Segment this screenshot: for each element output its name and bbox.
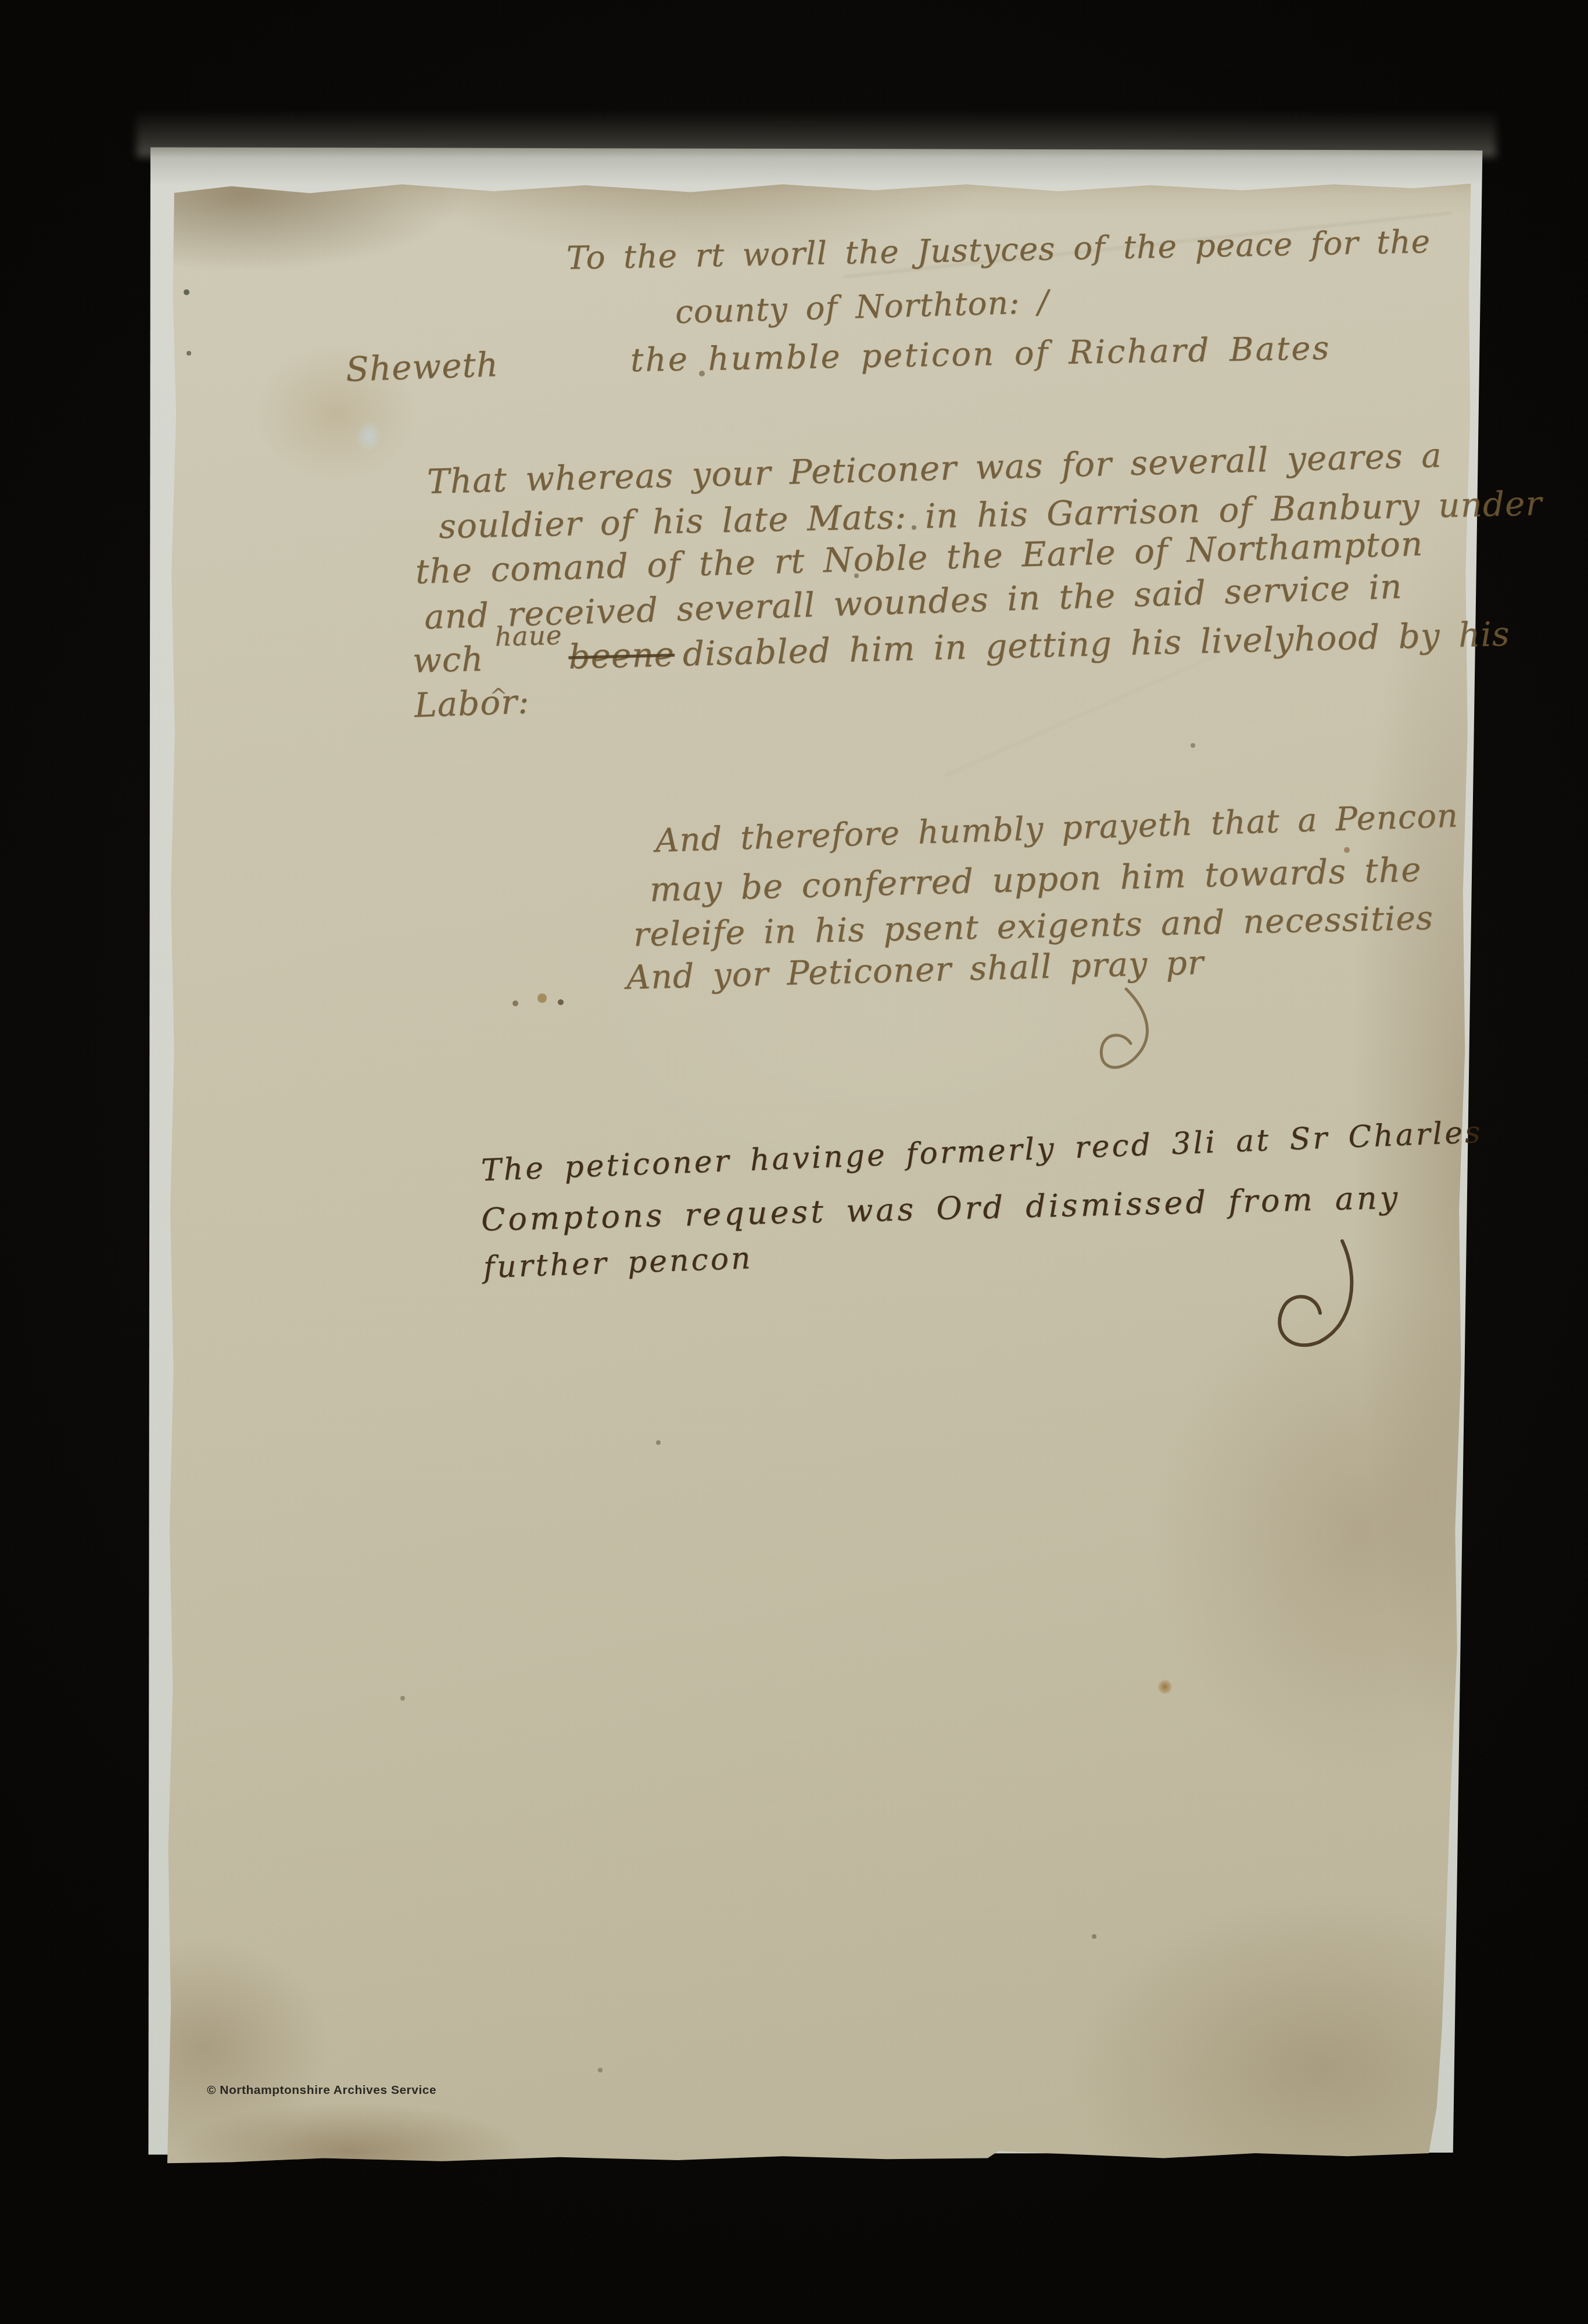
annotation-flourish	[1267, 1238, 1365, 1360]
sheweth-word: Sheweth	[345, 345, 499, 389]
archival-photo: To the rt worll the Justyces of the peac…	[0, 0, 1588, 2324]
body-line-6: Labor:	[414, 682, 530, 725]
paper-speckles	[0, 0, 3, 3]
pen-flourish	[1092, 988, 1174, 1081]
body-line-5-word: wch	[412, 639, 484, 680]
archive-watermark: © Northamptonshire Archives Service	[207, 2083, 436, 2097]
struck-out-word: beene	[568, 634, 675, 676]
inserted-word: haue	[494, 620, 562, 652]
